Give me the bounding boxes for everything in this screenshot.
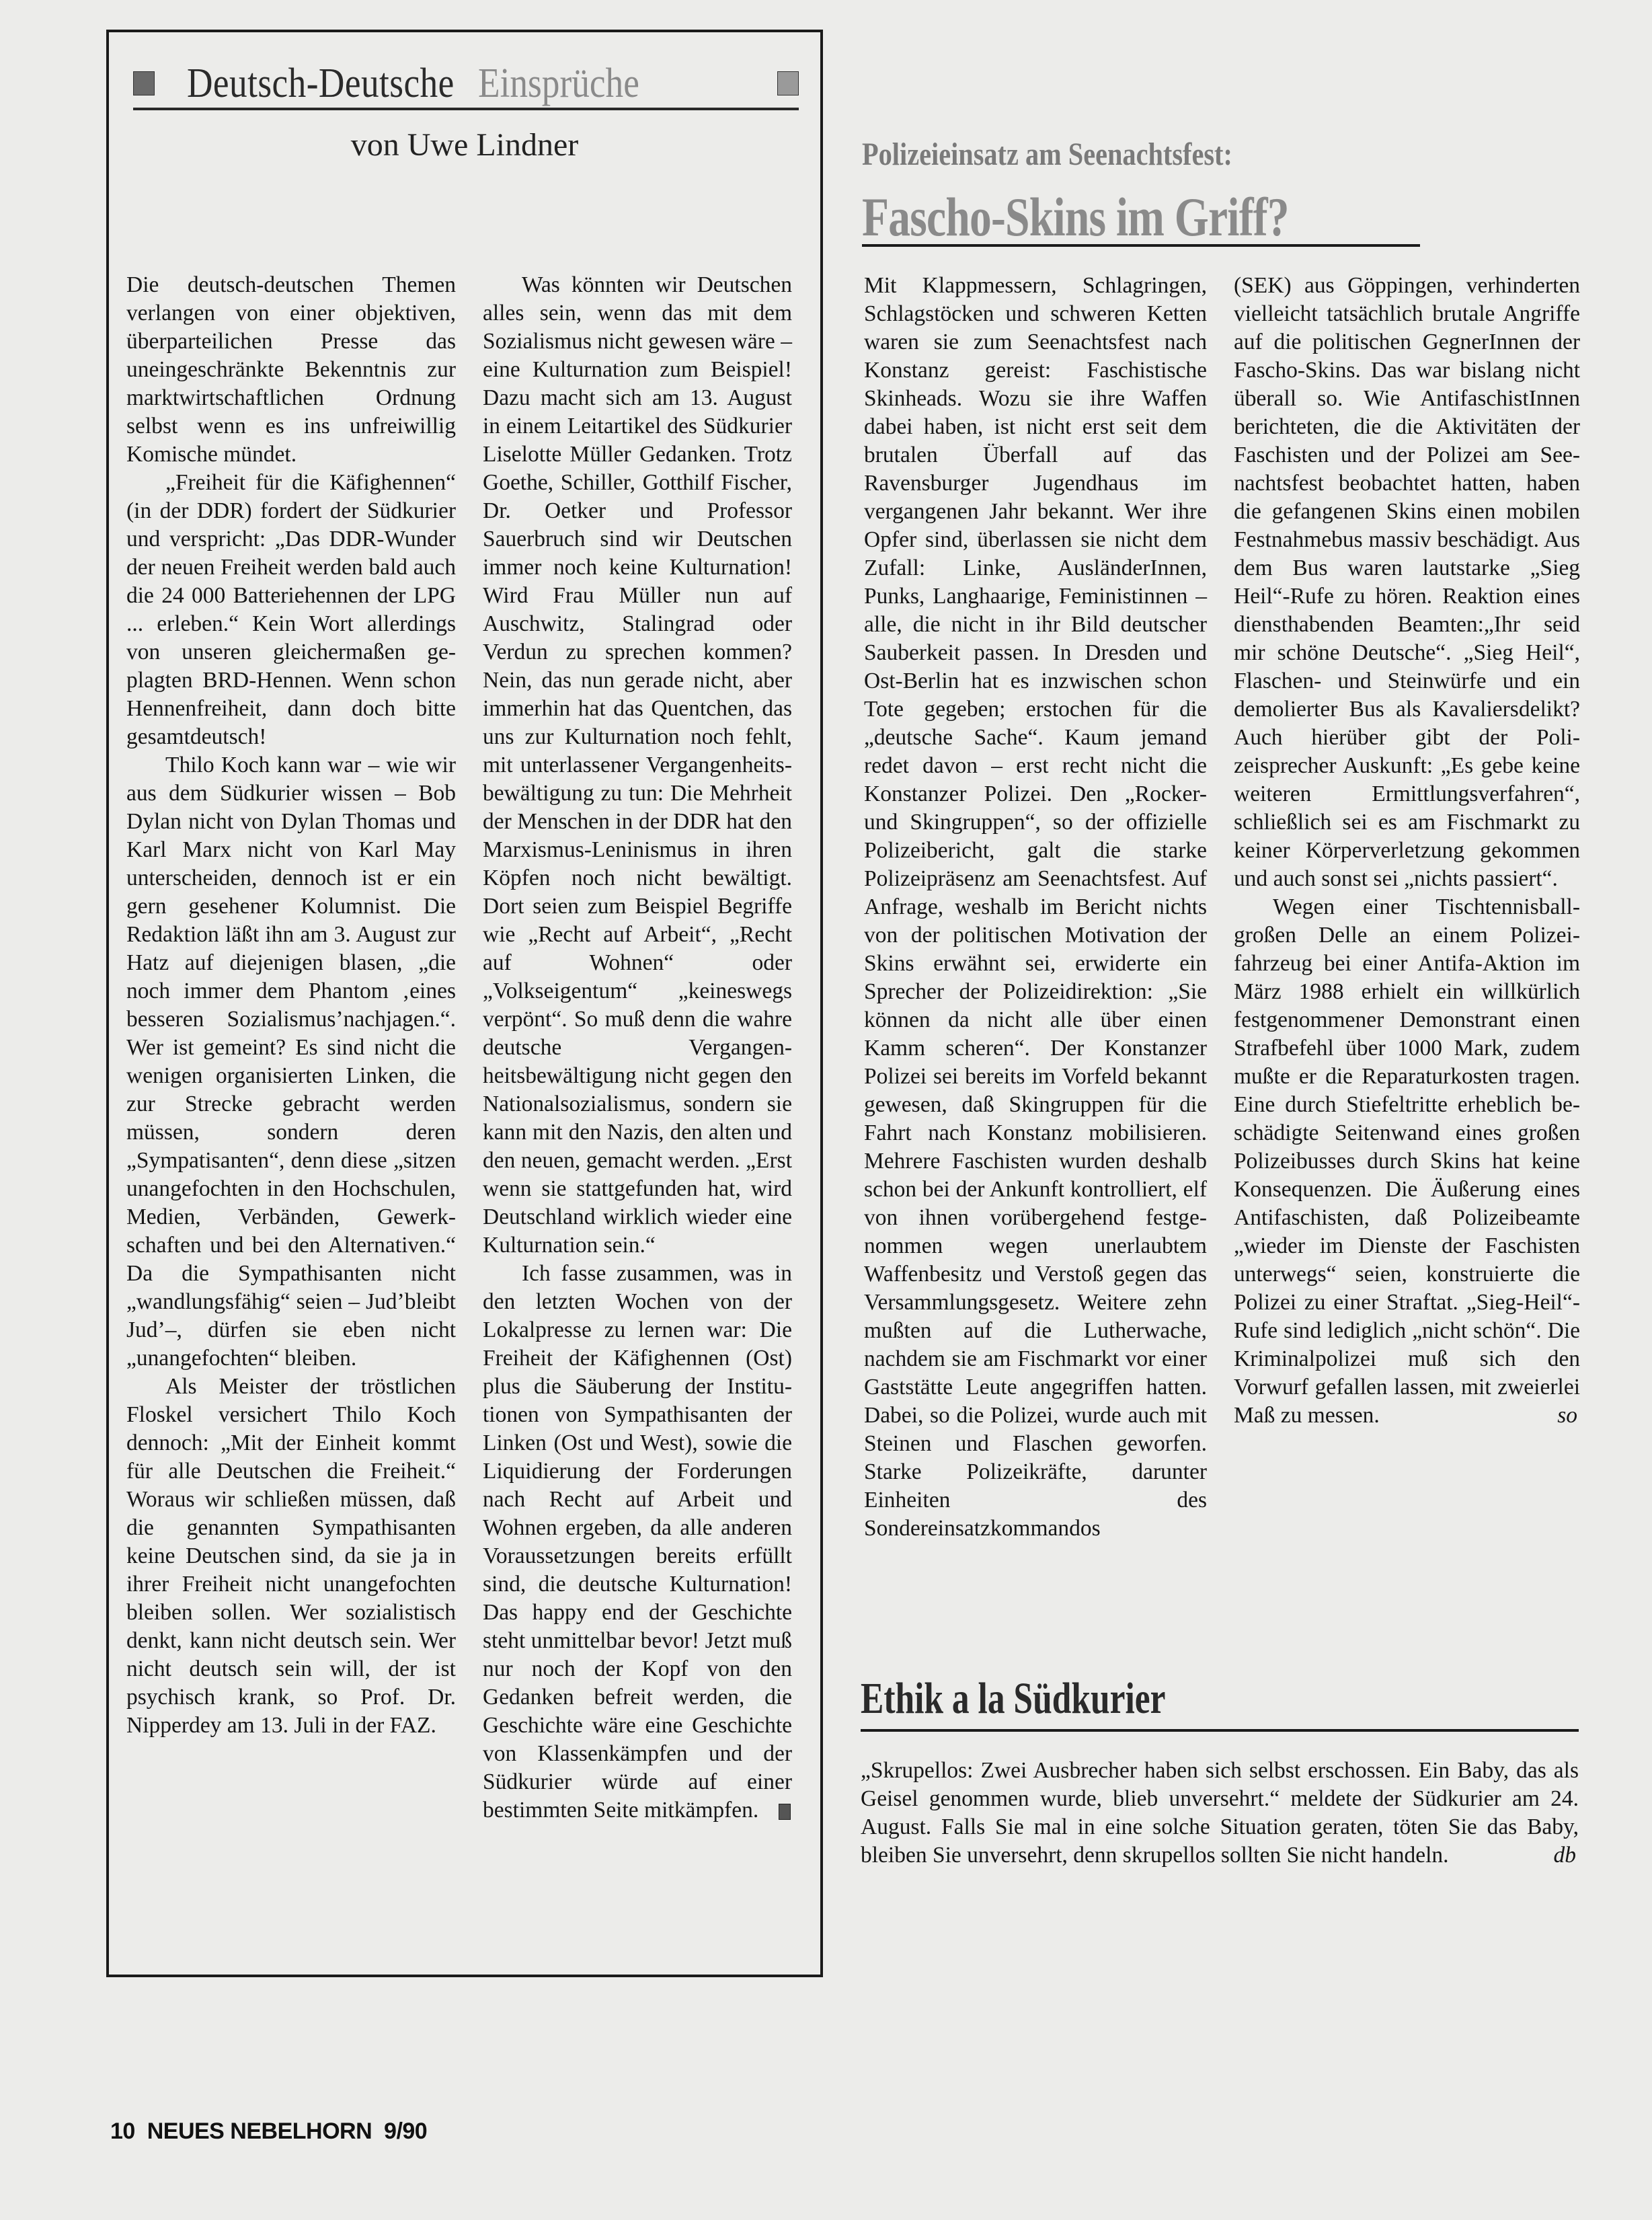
- paragraph-text: Wegen einer Tischtennisball­großen Delle…: [1234, 894, 1580, 1428]
- page-footer: 10 NEUES NEBELHORN 9/90: [110, 2118, 427, 2145]
- article-kicker: Polizeieinsatz am Seenachtsfest:: [862, 136, 1232, 173]
- paragraph: Die deutsch-deutschen The­men verlangen …: [126, 271, 456, 469]
- rubric-title-part2: Einsprüche: [478, 60, 639, 108]
- paragraph: Mit Klappmessern, Schlagringen, Schlagst…: [864, 272, 1207, 1543]
- paragraph: Als Meister der tröstlichen Floskel vers…: [126, 1373, 456, 1740]
- author-signature: so: [1518, 1402, 1580, 1430]
- column-article-col2: Was könnten wir Deutschen alles sein, we…: [483, 271, 792, 1825]
- paragraph: Was könnten wir Deutschen alles sein, we…: [483, 271, 792, 1260]
- rubric-title-part1: Deutsch-Deutsche: [187, 60, 455, 108]
- byline: von Uwe Lindner: [109, 126, 820, 163]
- headline-rule: [862, 244, 1420, 247]
- article-headline: Fascho-Skins im Griff?: [862, 186, 1289, 249]
- paragraph: Wegen einer Tischtennisball­großen Delle…: [1234, 893, 1580, 1430]
- paragraph: „Freiheit für die Käfighen­nen“ (in der …: [126, 469, 456, 751]
- author-signature: db: [1554, 1841, 1579, 1870]
- paragraph: Thilo Koch kann war – wie wir aus dem Sü…: [126, 751, 456, 1373]
- ethik-text: „Skrupellos: Zwei Ausbrecher haben sich …: [861, 1758, 1579, 1868]
- paragraph-text: Ich fasse zusammen, was in den letzten W…: [483, 1261, 792, 1823]
- paragraph: Ich fasse zusammen, was in den letzten W…: [483, 1260, 792, 1825]
- police-article-col2: (SEK) aus Göppingen, verhin­derten viell…: [1234, 272, 1580, 1430]
- police-article-col1: Mit Klappmessern, Schlagringen, Schlagst…: [864, 272, 1207, 1543]
- square-bullet-icon: [777, 71, 799, 95]
- column-rubric: Deutsch-Deutsche Einsprüche: [133, 59, 799, 110]
- square-bullet-icon: [133, 71, 155, 95]
- end-mark-square-icon: [779, 1804, 791, 1820]
- ethik-body: „Skrupellos: Zwei Ausbrecher haben sich …: [861, 1757, 1579, 1870]
- column-article-col1: Die deutsch-deutschen The­men verlangen …: [126, 271, 456, 1740]
- ethik-headline: Ethik a la Südkurier: [861, 1673, 1165, 1724]
- ethik-rule: [861, 1729, 1579, 1732]
- column-box-deutsch-deutsche-einsprueche: Deutsch-Deutsche Einsprüche von Uwe Lind…: [106, 30, 823, 1977]
- paragraph: (SEK) aus Göppingen, verhin­derten viell…: [1234, 272, 1580, 893]
